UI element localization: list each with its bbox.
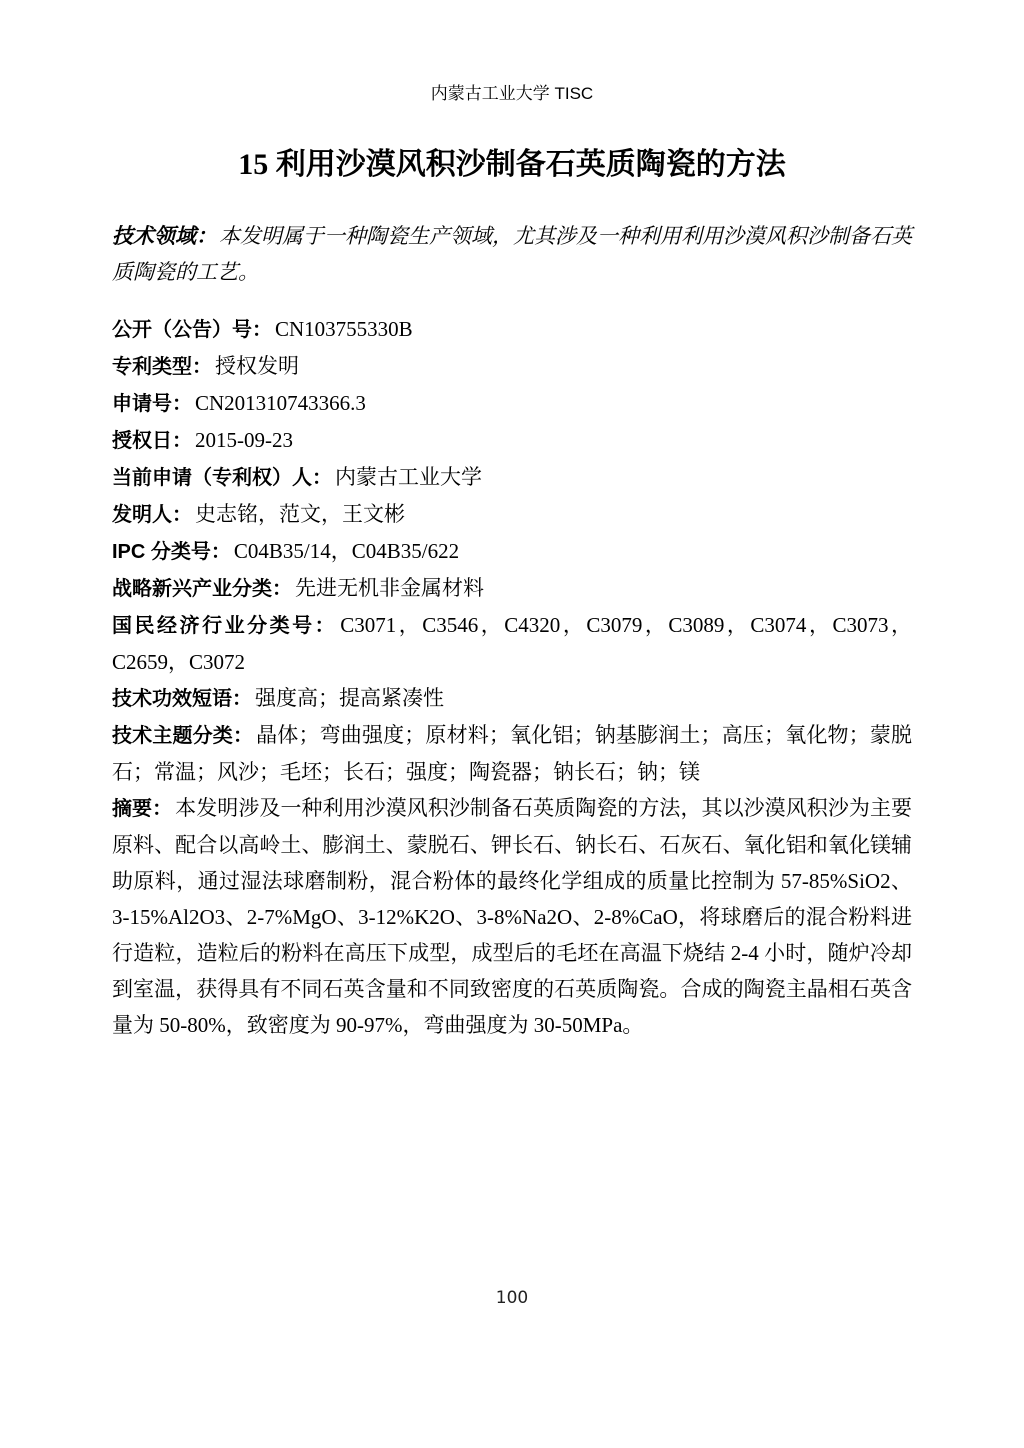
- document-title: 15 利用沙漠风积沙制备石英质陶瓷的方法: [112, 144, 912, 186]
- field-row-strategic-industry: 战略新兴产业分类：先进无机非金属材料: [112, 570, 912, 607]
- document-content: 内蒙古工业大学 TISC 15 利用沙漠风积沙制备石英质陶瓷的方法 技术领域：本…: [0, 0, 1024, 1043]
- header-text: 内蒙古工业大学 TISC: [112, 84, 912, 104]
- field-row-patent-type: 专利类型：授权发明: [112, 348, 912, 385]
- field-label: 专利类型：: [112, 356, 212, 378]
- field-value: CN103755330B: [275, 317, 413, 341]
- technical-field-paragraph: 技术领域：本发明属于一种陶瓷生产领域，尤其涉及一种利用利用沙漠风积沙制备石英质陶…: [112, 218, 912, 290]
- field-label: 发明人：: [112, 504, 192, 526]
- field-value: 内蒙古工业大学: [335, 465, 482, 489]
- field-value: 授权发明: [215, 354, 299, 378]
- abstract-label: 摘要：: [112, 798, 172, 820]
- field-value: 强度高；提高紧凑性: [255, 686, 444, 710]
- technical-field-text: 本发明属于一种陶瓷生产领域，尤其涉及一种利用利用沙漠风积沙制备石英质陶瓷的工艺。: [112, 224, 912, 284]
- field-label: 申请号：: [112, 393, 192, 415]
- field-row-grant-date: 授权日：2015-09-23: [112, 422, 912, 459]
- technical-field-label: 技术领域：: [112, 224, 217, 248]
- field-label: 国民经济行业分类号：: [112, 615, 337, 637]
- field-row-inventors: 发明人：史志铭，范文，王文彬: [112, 496, 912, 533]
- field-row-ipc-classification: IPC 分类号：C04B35/14，C04B35/622: [112, 533, 912, 570]
- field-value: 史志铭，范文，王文彬: [195, 502, 405, 526]
- field-label: 技术功效短语：: [112, 688, 252, 710]
- document-page: 内蒙古工业大学 TISC 15 利用沙漠风积沙制备石英质陶瓷的方法 技术领域：本…: [0, 0, 1024, 1448]
- field-row-topic-classification: 技术主题分类：晶体；弯曲强度；原材料；氧化铝；钠基膨润土；高压；氧化物；蒙脱石；…: [112, 717, 912, 790]
- field-row-current-assignee: 当前申请（专利权）人：内蒙古工业大学: [112, 459, 912, 496]
- field-row-publication-number: 公开（公告）号：CN103755330B: [112, 311, 912, 348]
- field-row-technical-effect: 技术功效短语：强度高；提高紧凑性: [112, 680, 912, 717]
- field-label: 当前申请（专利权）人：: [112, 467, 332, 489]
- field-value: CN201310743366.3: [195, 391, 366, 415]
- field-row-economic-industry: 国民经济行业分类号：C3071，C3546，C4320，C3079，C3089，…: [112, 607, 912, 680]
- field-value: 先进无机非金属材料: [295, 576, 484, 600]
- field-label: 授权日：: [112, 430, 192, 452]
- page-number: 100: [0, 1288, 1024, 1308]
- field-label: IPC 分类号：: [112, 541, 231, 563]
- fields-block: 公开（公告）号：CN103755330B 专利类型：授权发明 申请号：CN201…: [112, 311, 912, 1043]
- field-value: C04B35/14，C04B35/622: [234, 539, 459, 563]
- field-label: 技术主题分类：: [112, 725, 253, 747]
- field-value: 2015-09-23: [195, 428, 293, 452]
- field-label: 战略新兴产业分类：: [112, 578, 292, 600]
- abstract-paragraph: 摘要：本发明涉及一种利用沙漠风积沙制备石英质陶瓷的方法，其以沙漠风积沙为主要原料…: [112, 790, 912, 1043]
- field-row-application-number: 申请号：CN201310743366.3: [112, 385, 912, 422]
- field-label: 公开（公告）号：: [112, 319, 272, 341]
- abstract-text: 本发明涉及一种利用沙漠风积沙制备石英质陶瓷的方法，其以沙漠风积沙为主要原料、配合…: [112, 796, 912, 1037]
